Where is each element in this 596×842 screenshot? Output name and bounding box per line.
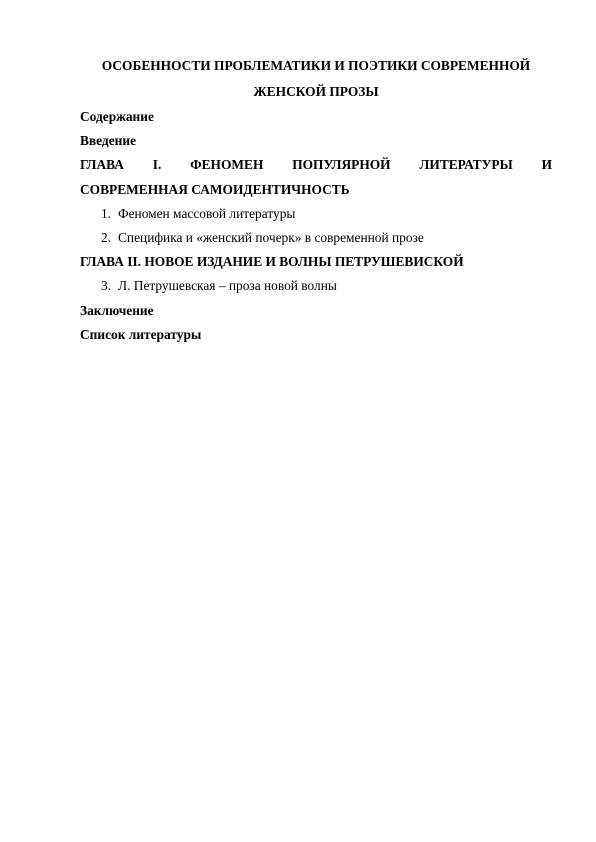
toc-conclusion: Заключение xyxy=(80,299,552,323)
toc-bibliography: Список литературы xyxy=(80,323,552,347)
list-item-text: Феномен массовой литературы xyxy=(118,206,295,221)
list-item-number: 1. xyxy=(101,202,118,226)
document-title-line-1: ОСОБЕННОСТИ ПРОБЛЕМАТИКИ И ПОЭТИКИ СОВРЕ… xyxy=(80,53,552,79)
chapter-1-word: ГЛАВА xyxy=(80,153,124,177)
list-item-number: 3. xyxy=(101,274,118,298)
toc-list-item: 1.Феномен массовой литературы xyxy=(80,202,552,226)
table-of-contents: Содержание Введение ГЛАВА I. ФЕНОМЕН ПОП… xyxy=(80,105,552,347)
chapter-1-word: ПОПУЛЯРНОЙ xyxy=(292,153,390,177)
document-content: ОСОБЕННОСТИ ПРОБЛЕМАТИКИ И ПОЭТИКИ СОВРЕ… xyxy=(80,53,552,347)
document-title-line-2: ЖЕНСКОЙ ПРОЗЫ xyxy=(80,79,552,105)
toc-list-item: 2.Специфика и «женский почерк» в совреме… xyxy=(80,226,552,250)
toc-contents-heading: Содержание xyxy=(80,105,552,129)
toc-list-item: 3.Л. Петрушевская – проза новой волны xyxy=(80,274,552,298)
toc-chapter-2-heading: ГЛАВА II. НОВОЕ ИЗДАНИЕ И ВОЛНЫ ПЕТРУШЕВ… xyxy=(80,250,552,274)
chapter-1-word: ЛИТЕРАТУРЫ xyxy=(419,153,512,177)
chapter-1-word: И xyxy=(542,153,552,177)
toc-chapter-1-heading: ГЛАВА I. ФЕНОМЕН ПОПУЛЯРНОЙ ЛИТЕРАТУРЫ И xyxy=(80,153,552,177)
document-page: ОСОБЕННОСТИ ПРОБЛЕМАТИКИ И ПОЭТИКИ СОВРЕ… xyxy=(0,0,596,842)
list-item-text: Специфика и «женский почерк» в современн… xyxy=(118,230,424,245)
list-item-number: 2. xyxy=(101,226,118,250)
chapter-1-word: ФЕНОМЕН xyxy=(190,153,263,177)
chapter-1-word: I. xyxy=(153,153,162,177)
list-item-text: Л. Петрушевская – проза новой волны xyxy=(118,278,337,293)
toc-chapter-1-continuation: СОВРЕМЕННАЯ САМОИДЕНТИЧНОСТЬ xyxy=(80,178,552,202)
toc-introduction: Введение xyxy=(80,129,552,153)
